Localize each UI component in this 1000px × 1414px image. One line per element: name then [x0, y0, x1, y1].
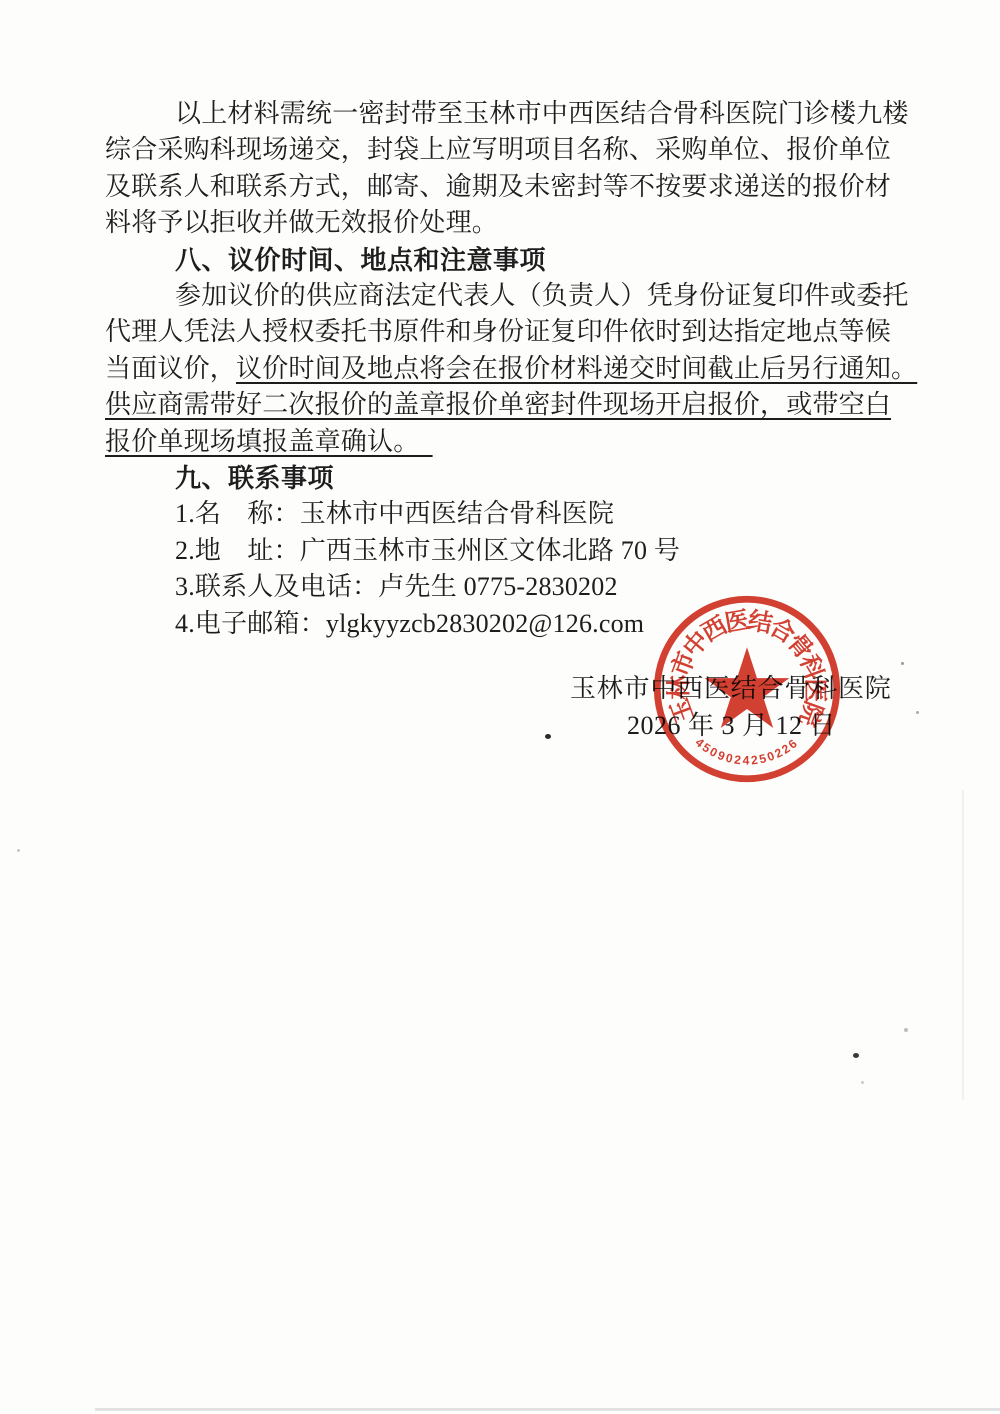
scan-speck: [853, 1053, 859, 1058]
scan-speck: [904, 1028, 908, 1032]
negotiation-paragraph-line: 当面议价，议价时间及地点将会在报价材料递交时间截止后另行通知。: [105, 351, 905, 387]
svg-text:4509024250226: 4509024250226: [693, 735, 802, 767]
scan-artifact-line: [962, 790, 964, 1100]
negotiation-paragraph-line: 参加议价的供应商法定代表人（负责人）凭身份证复印件或委托: [105, 278, 905, 314]
delivery-paragraph-line: 及联系人和联系方式，邮寄、逾期及未密封等不按要求递送的报价材: [105, 169, 905, 205]
scan-speck: [901, 662, 904, 665]
negotiation-underlined-text: 供应商需带好二次报价的盖章报价单密封件现场开启报价，或带空白: [105, 390, 891, 419]
seal-code-number: 4509024250226: [693, 735, 802, 767]
negotiation-plain-text: 当面议价，: [105, 354, 236, 383]
star-icon: [705, 647, 790, 728]
negotiation-paragraph-line: 供应商需带好二次报价的盖章报价单密封件现场开启报价，或带空白: [105, 387, 905, 423]
contact-item-name: 1.名 称：玉林市中西医结合骨科医院: [105, 496, 905, 532]
section-9-heading: 九、联系事项: [105, 460, 905, 496]
official-seal: 玉林市中西医结合骨科医院 4509024250226: [650, 592, 844, 786]
negotiation-paragraph-line: 报价单现场填报盖章确认。: [105, 424, 905, 460]
delivery-paragraph-line: 综合采购科现场递交，封袋上应写明项目名称、采购单位、报价单位: [105, 132, 905, 168]
scan-speck: [545, 734, 551, 739]
negotiation-paragraph-line: 代理人凭法人授权委托书原件和身份证复印件依时到达指定地点等候: [105, 314, 905, 350]
negotiation-underlined-text: 报价单现场填报盖章确认。: [105, 427, 433, 456]
document-body: 以上材料需统一密封带至玉林市中西医结合骨科医院门诊楼九楼 综合采购科现场递交，封…: [105, 96, 905, 642]
scanned-document-page: 以上材料需统一密封带至玉林市中西医结合骨科医院门诊楼九楼 综合采购科现场递交，封…: [0, 0, 1000, 1414]
contact-item-address: 2.地 址：广西玉林市玉州区文体北路 70 号: [105, 533, 905, 569]
negotiation-underlined-text: 议价时间及地点将会在报价材料递交时间截止后另行通知。: [236, 354, 917, 383]
scan-speck: [861, 1081, 864, 1084]
scan-edge-shadow: [95, 1408, 1000, 1411]
scan-speck: [916, 711, 919, 714]
scan-speck: [17, 849, 20, 852]
section-8-heading: 八、议价时间、地点和注意事项: [105, 242, 905, 278]
delivery-paragraph-line: 以上材料需统一密封带至玉林市中西医结合骨科医院门诊楼九楼: [105, 96, 905, 132]
delivery-paragraph-line: 料将予以拒收并做无效报价处理。: [105, 205, 905, 241]
